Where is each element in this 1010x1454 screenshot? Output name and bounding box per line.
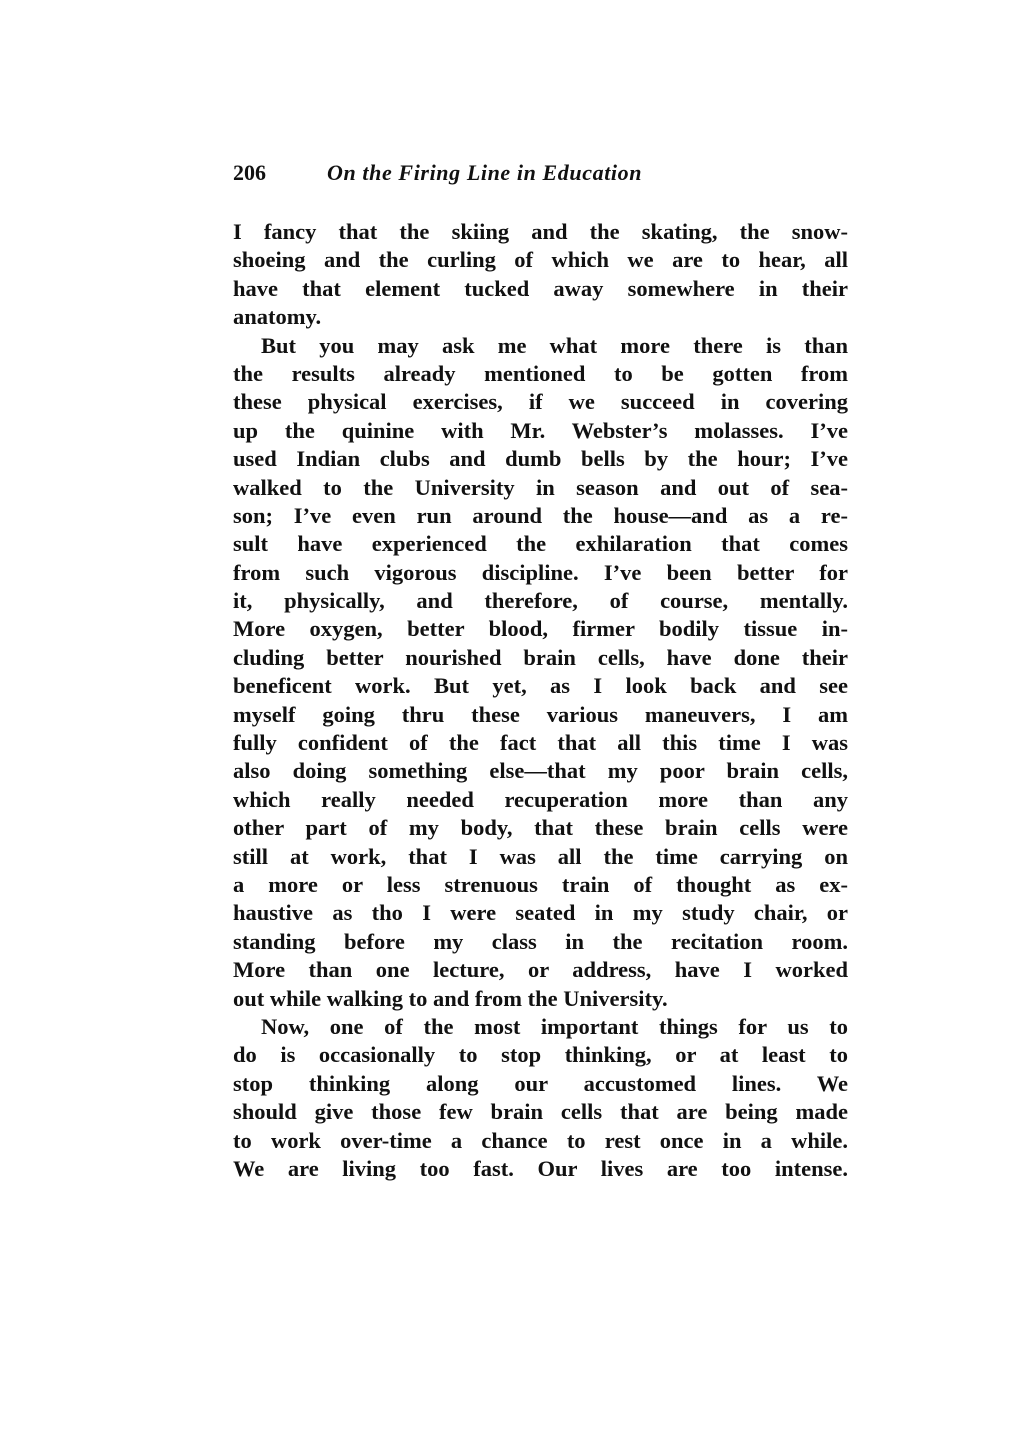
paragraph-2: But you may ask me what more there is th… (233, 332, 848, 1013)
text-line: fully confident of the fact that all thi… (233, 729, 848, 757)
text-line: up the quinine with Mr. Webster’s molass… (233, 417, 848, 445)
text-line: cluding better nourished brain cells, ha… (233, 644, 848, 672)
text-line: myself going thru these various maneuver… (233, 701, 848, 729)
text-line: sult have experienced the exhilaration t… (233, 530, 848, 558)
text-line: from such vigorous discipline. I’ve been… (233, 559, 848, 587)
text-line: walked to the University in season and o… (233, 474, 848, 502)
text-line: it, physically, and therefore, of course… (233, 587, 848, 615)
text-line: do is occasionally to stop thinking, or … (233, 1041, 848, 1069)
text-line: standing before my class in the recitati… (233, 928, 848, 956)
text-line: I fancy that the skiing and the skating,… (233, 218, 848, 246)
text-line: have that element tucked away somewhere … (233, 275, 848, 303)
text-line: still at work, that I was all the time c… (233, 843, 848, 871)
paragraph-3: Now, one of the most important things fo… (233, 1013, 848, 1183)
text-line: also doing something else—that my poor b… (233, 757, 848, 785)
paragraph-1: I fancy that the skiing and the skating,… (233, 218, 848, 332)
running-head: 206On the Firing Line in Education (233, 158, 848, 188)
text-line: these physical exercises, if we succeed … (233, 388, 848, 416)
text-line: More than one lecture, or address, have … (233, 956, 848, 984)
text-line: the results already mentioned to be gott… (233, 360, 848, 388)
text-line: which really needed recuperation more th… (233, 786, 848, 814)
text-line: We are living too fast. Our lives are to… (233, 1155, 848, 1183)
text-line: shoeing and the curling of which we are … (233, 246, 848, 274)
text-line: out while walking to and from the Univer… (233, 985, 848, 1013)
text-line: anatomy. (233, 303, 848, 331)
book-page: 206On the Firing Line in Education I fan… (0, 0, 1010, 1454)
text-line: haustive as tho I were seated in my stud… (233, 899, 848, 927)
text-line: used Indian clubs and dumb bells by the … (233, 445, 848, 473)
text-line: son; I’ve even run around the house—and … (233, 502, 848, 530)
text-line: stop thinking along our accustomed lines… (233, 1070, 848, 1098)
text-line: should give those few brain cells that a… (233, 1098, 848, 1126)
text-line: Now, one of the most important things fo… (233, 1013, 848, 1041)
text-line: More oxygen, better blood, firmer bodily… (233, 615, 848, 643)
text-line: other part of my body, that these brain … (233, 814, 848, 842)
text-line: to work over-time a chance to rest once … (233, 1127, 848, 1155)
body-text: I fancy that the skiing and the skating,… (233, 218, 848, 1183)
page-number: 206 (233, 158, 327, 188)
text-line: a more or less strenuous train of though… (233, 871, 848, 899)
text-line: beneficent work. But yet, as I look back… (233, 672, 848, 700)
running-title: On the Firing Line in Education (327, 158, 642, 188)
text-line: But you may ask me what more there is th… (233, 332, 848, 360)
